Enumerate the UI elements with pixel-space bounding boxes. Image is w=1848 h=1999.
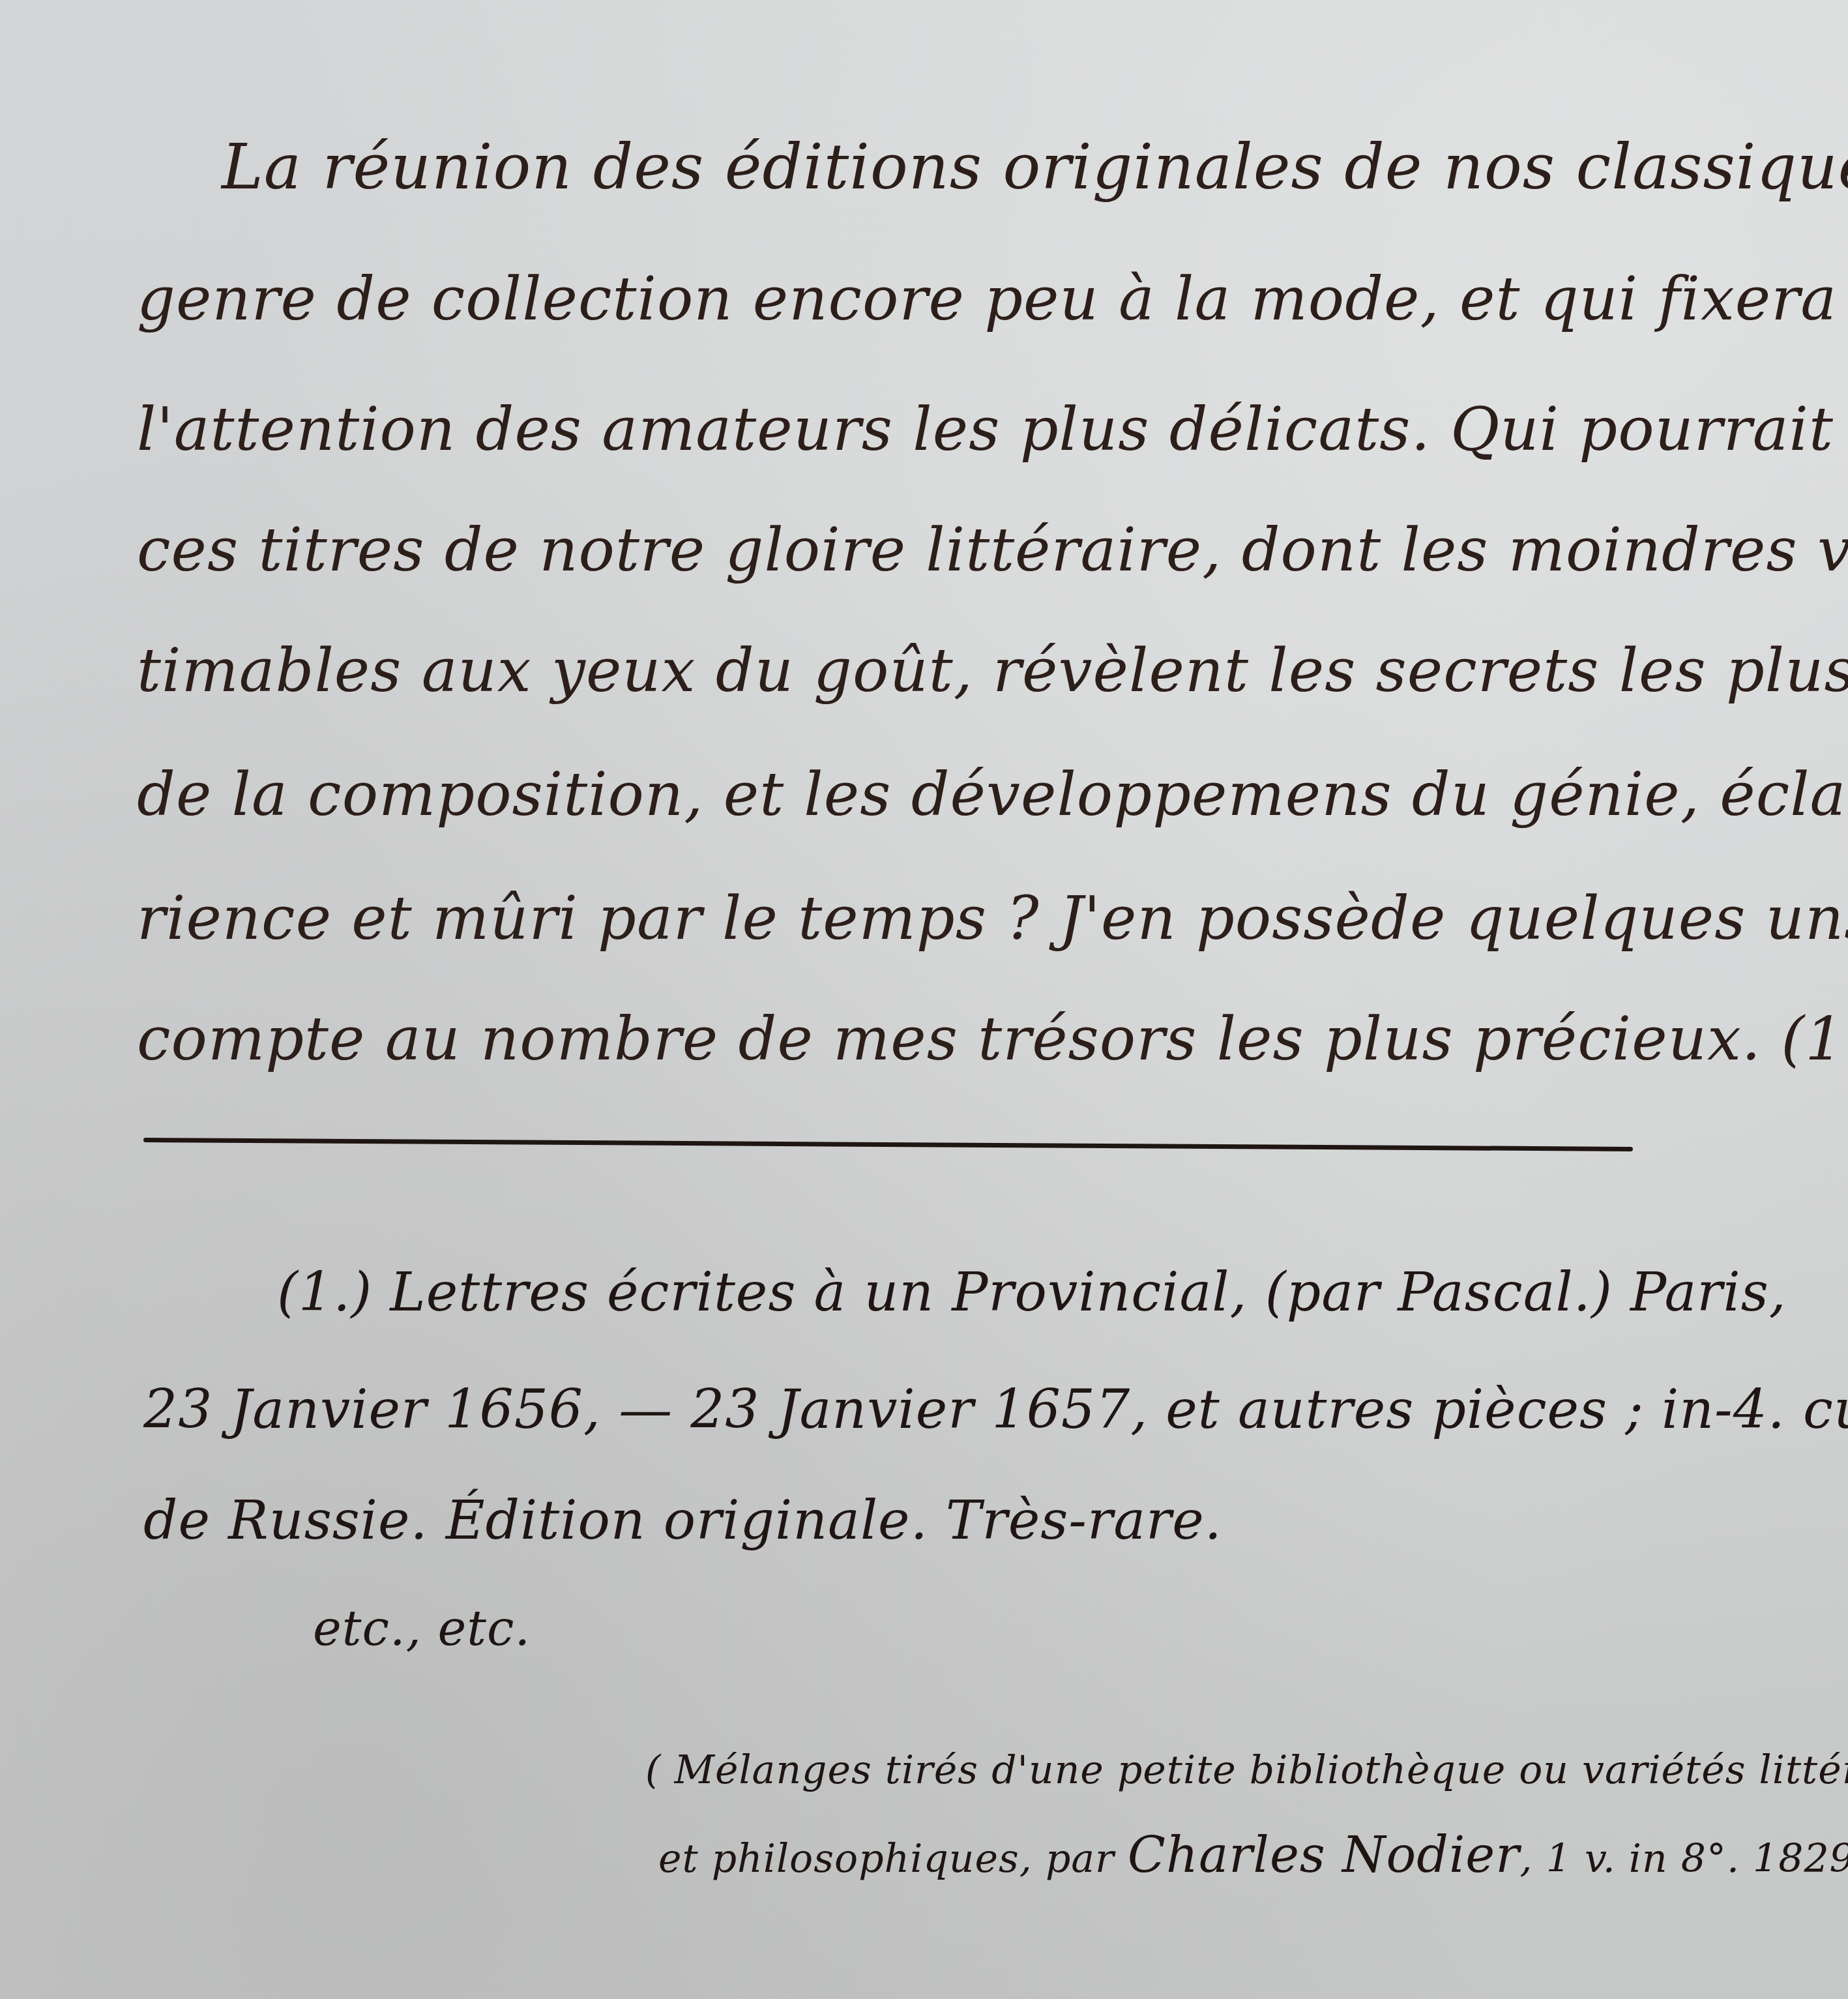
source-author: Charles Nodier	[1128, 1826, 1520, 1884]
footnote-line-2: 23 Janvier 1656, — 23 Janvier 1657, et a…	[143, 1379, 1848, 1441]
main-text-line-5: timables aux yeux du goût, révèlent les …	[137, 636, 1848, 705]
manuscript-page: La réunion des éditions originales de no…	[0, 0, 1848, 1999]
main-text-line-7: rience et mûri par le temps ? J'en possè…	[137, 883, 1848, 953]
source-prefix: et philosophiques, par	[658, 1836, 1115, 1882]
footnote-line-1: (1.) Lettres écrites à un Provincial, (p…	[277, 1262, 1787, 1324]
source-citation-line-1: ( Mélanges tirés d'une petite bibliothèq…	[645, 1747, 1848, 1793]
main-text-line-3: l'attention des amateurs les plus délica…	[137, 394, 1848, 464]
main-text-line-2: genre de collection encore peu à la mode…	[137, 264, 1848, 334]
main-text-line-8: compte au nombre de mes trésors les plus…	[137, 1004, 1848, 1074]
main-text-line-6: de la composition, et les développemens …	[137, 760, 1848, 829]
footnote-line-3: de Russie. Édition originale. Très-rare.	[143, 1490, 1222, 1552]
footnote-divider	[143, 1138, 1633, 1151]
source-citation-line-2: et philosophiques, par Charles Nodier, 1…	[658, 1826, 1848, 1884]
main-text-line-4: ces titres de notre gloire littéraire, d…	[137, 515, 1848, 585]
source-publication: , 1 v. in 8°. 1829.)	[1520, 1836, 1848, 1882]
footnote-etc: etc., etc.	[313, 1601, 531, 1657]
main-text-line-1: La réunion des éditions originales de no…	[222, 130, 1848, 203]
